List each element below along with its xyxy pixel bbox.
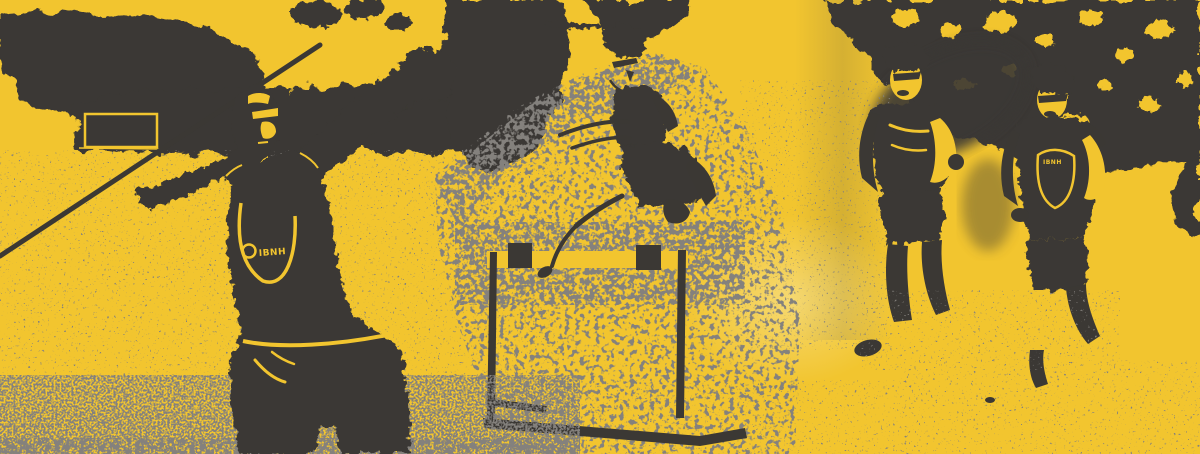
runner-left-shorts — [879, 190, 943, 244]
jersey-logo-text: IBNH — [1043, 159, 1062, 166]
leaf-hole — [1146, 21, 1174, 39]
leaf-hole — [1176, 74, 1194, 86]
runner-left-hand — [948, 154, 964, 170]
leaf-hole — [1115, 48, 1135, 62]
jersey-logo-text: IBNH — [259, 247, 287, 259]
runner-right-hand — [1011, 208, 1029, 222]
leaf-hole — [1036, 34, 1054, 46]
rock-small — [985, 397, 995, 403]
bottom-centre-sparse — [560, 380, 920, 454]
hurdle-pad-right — [636, 245, 661, 270]
runner-right-shorts — [1027, 238, 1087, 292]
mouth-highlight — [258, 142, 268, 143]
runner-legs-fade-speckle — [860, 290, 1120, 370]
leaf-hole — [940, 23, 960, 37]
leaf-hole — [1078, 10, 1102, 26]
leaf-hole — [891, 9, 919, 27]
hurdle-pad-left — [508, 243, 532, 268]
banner-artwork: IBNH IBNH — [0, 0, 1200, 454]
forehead-highlight — [248, 93, 270, 104]
athletics-duotone-banner: IBNH IBNH — [0, 0, 1200, 454]
leaf-blob — [385, 14, 411, 30]
leaf-hole — [1139, 98, 1161, 112]
leaf-hole — [1097, 80, 1113, 90]
bottom-right-sparse — [900, 360, 1200, 454]
goal-ground-line — [79, 148, 164, 149]
runner-left-mouth-shadow — [897, 90, 909, 96]
leaf-hole — [984, 12, 1016, 32]
leaf-blob — [290, 1, 342, 27]
